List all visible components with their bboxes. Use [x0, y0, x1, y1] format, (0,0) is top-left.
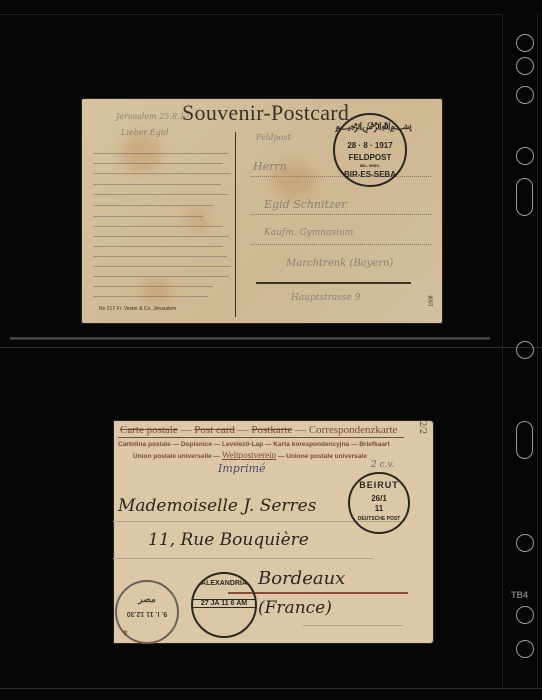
brand-mark: TB4: [511, 590, 528, 600]
sleeve-divider-shadow: [0, 347, 542, 348]
publisher-logo: ⚜: [121, 628, 129, 639]
address-line: Mademoiselle J. Serres: [118, 496, 316, 516]
binder-hole: [516, 341, 534, 359]
feldpost-postmark: ﷽ 28 · 8 · 1917 FELDPOST MIL. MISS. BIR-…: [333, 113, 407, 187]
annotation-imprime: Imprimé: [218, 462, 266, 475]
address-line: Hauptstrasse 9: [291, 293, 360, 303]
beirut-postmark: BEIRUT 26/1 11 DEUTSCHE POST: [348, 472, 410, 534]
annotation-corner: 2 c.v.: [371, 460, 394, 470]
binder-slot: [516, 421, 533, 459]
binder-hole: [516, 34, 534, 52]
address-line: (France): [258, 598, 332, 618]
alexandria-postmark: ALEXANDRIA 27 JA 11 6 AM: [191, 572, 257, 638]
publisher-imprint: No 217 Fr. Vester & Co. Jerusalem: [99, 306, 176, 312]
address-line: Egid Schnitzer: [264, 198, 347, 211]
binder-hole: [516, 86, 534, 104]
message-heading: Jerusalem 25.8.17: [116, 112, 190, 121]
binder-hole: [516, 534, 534, 552]
card-title: Souvenir-Postcard.: [182, 100, 355, 126]
card-header: Carte postale — Post card — Postkarte — …: [120, 424, 397, 436]
binder-hole: [516, 640, 534, 658]
sleeve-top-edge: [0, 0, 500, 15]
address-line: Feldpost: [256, 133, 291, 142]
postcard-feldpost: Souvenir-Postcard. Jerusalem 25.8.17 Lie…: [81, 98, 443, 324]
postcard-correspondenzkarte: Carte postale — Post card — Postkarte — …: [113, 420, 434, 644]
card-header-languages: Cartolina postale — Dopisnice — Levelezö…: [118, 441, 390, 448]
address-line: Kaufm. Gymnasium: [264, 228, 353, 238]
corner-mark: 2/2: [417, 421, 428, 434]
card-header-union: Union postale universelle — Weltpostvere…: [133, 450, 367, 460]
message-greeting: Lieber Egid: [121, 128, 168, 137]
card-divider: [235, 132, 236, 317]
sleeve-divider: [10, 337, 490, 340]
sleeve-bottom-edge: [0, 688, 542, 689]
address-line: Marchtrenk (Bayern): [286, 258, 393, 269]
binder-hole: [516, 57, 534, 75]
binder-slot: [516, 178, 533, 216]
binder-hole: [516, 606, 534, 624]
address-line: Herrn: [253, 160, 287, 173]
card-serial: 1908: [429, 295, 435, 306]
binder-hole: [516, 147, 534, 165]
album-page: TB4 Souvenir-Postcard. Jerusalem 25.8.17…: [0, 0, 542, 700]
address-line: 11, Rue Bouquière: [148, 530, 309, 550]
address-line: Bordeaux: [258, 568, 345, 589]
